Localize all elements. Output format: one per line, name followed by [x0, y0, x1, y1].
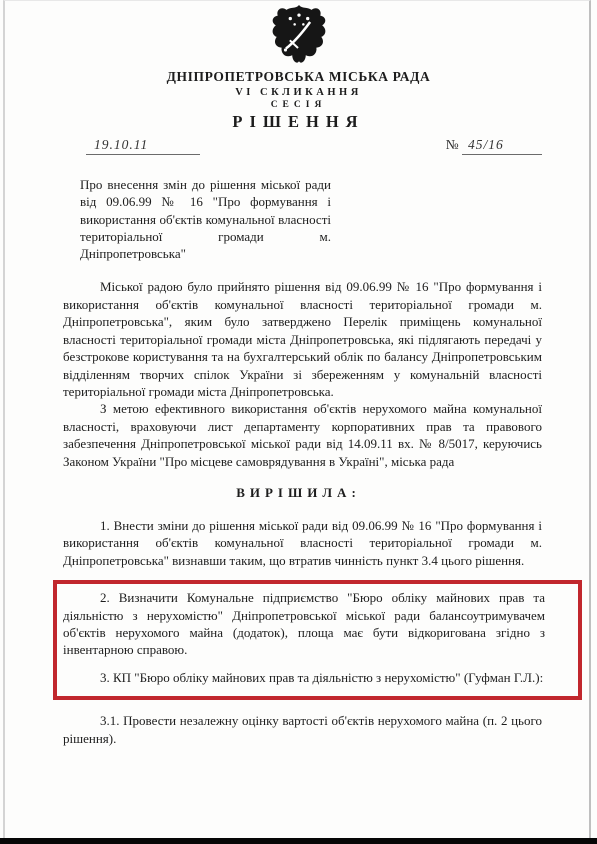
- decision-date: 19.10.11: [86, 137, 200, 155]
- resolution-heading: ВИРІШИЛА:: [0, 485, 597, 501]
- doc-meta-row: 19.10.11 № 45/16: [0, 137, 597, 161]
- session-line: СЕСІЯ: [0, 100, 597, 110]
- resolution-item-3-1: 3.1. Провести незалежну оцінку вартості …: [63, 712, 542, 747]
- decision-number-block: № 45/16: [446, 137, 542, 155]
- doc-type-title: РІШЕННЯ: [0, 112, 597, 132]
- council-name: ДНІПРОПЕТРОВСЬКА МІСЬКА РАДА: [0, 69, 597, 85]
- city-coat-of-arms-icon: [270, 4, 328, 66]
- body-paragraph-1: Міської радою було прийнято рішення від …: [63, 278, 542, 400]
- convocation-line: VI СКЛИКАННЯ: [0, 87, 597, 98]
- resolution-item-1: 1. Внести зміни до рішення міської ради …: [63, 517, 542, 569]
- decision-number: 45/16: [462, 137, 542, 155]
- resolution-item-2: 2. Визначити Комунальне підприємство "Бю…: [63, 589, 545, 659]
- resolution-item-3: 3. КП "Бюро обліку майнових прав та діял…: [63, 669, 545, 686]
- body-paragraph-2: З метою ефективного використання об'єкті…: [63, 400, 542, 470]
- number-sign: №: [446, 137, 459, 152]
- decision-subject: Про внесення змін до рішення міської рад…: [80, 176, 331, 262]
- red-highlight-box: 2. Визначити Комунальне підприємство "Бю…: [53, 580, 582, 700]
- scanned-decision-page: ДНІПРОПЕТРОВСЬКА МІСЬКА РАДА VI СКЛИКАНН…: [0, 0, 597, 844]
- scan-bottom-bar: [0, 838, 597, 844]
